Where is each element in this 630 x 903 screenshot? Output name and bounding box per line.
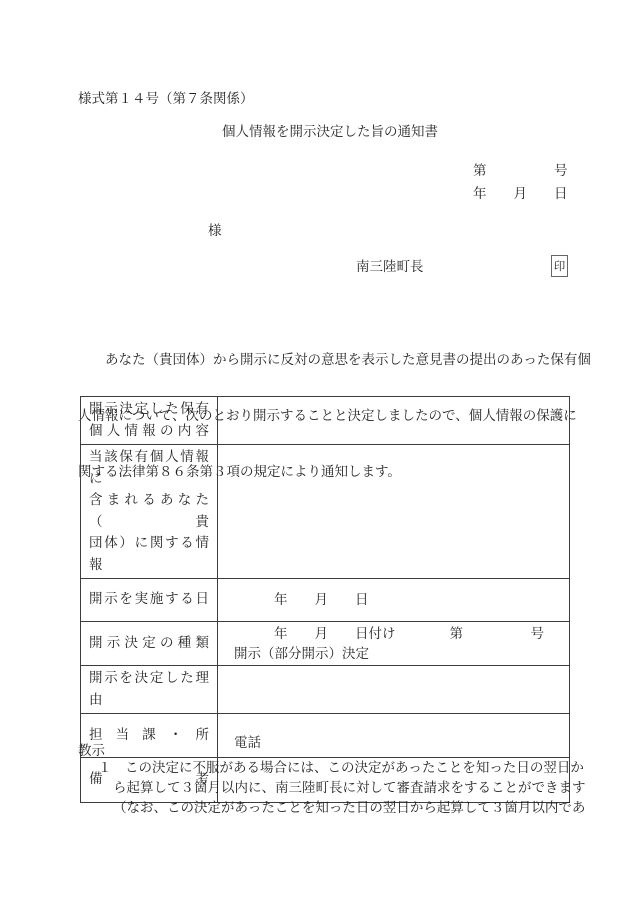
note-item-line: （なお、この決定があったことを知った日の翌日から起算して３箇月以内であ bbox=[113, 796, 585, 816]
note-item-line: ら起算して３箇月以内に、南三陸町長に対して審査請求をすることができます bbox=[113, 776, 586, 796]
row-value-decision-reason bbox=[218, 666, 570, 714]
document-date-line: 年 月 日 bbox=[473, 182, 568, 202]
sender-title: 南三陸町長 bbox=[356, 255, 424, 275]
row-label-implementation-date: 開示を実施する日 bbox=[81, 579, 218, 622]
form-number: 様式第１４号（第７条関係） bbox=[78, 87, 254, 107]
document-title: 個人情報を開示決定した旨の通知書 bbox=[222, 120, 438, 140]
table-row-decision-type: 開示決定の種類 年 月 日付け 第 号 開示（部分開示）決定 bbox=[81, 622, 570, 666]
row-label-decision-reason: 開示を決定した理由 bbox=[81, 666, 218, 714]
table-row-related-info: 当該保有個人情報に 含まれるあなた（貴 団体）に関する情報 bbox=[81, 445, 570, 579]
disclosure-form-table: 開示決定した保有 個人情報の内容 当該保有個人情報に 含まれるあなた（貴 団体）… bbox=[80, 396, 570, 803]
table-row-department: 担当課・所 電話 bbox=[81, 714, 570, 758]
recipient-suffix: 様 bbox=[208, 219, 222, 239]
table-row-disclosed-info: 開示決定した保有 個人情報の内容 bbox=[81, 397, 570, 445]
row-value-related-info bbox=[218, 445, 570, 579]
document-page: 様式第１４号（第７条関係） 個人情報を開示決定した旨の通知書 第 号 年 月 日… bbox=[0, 0, 630, 903]
row-value-disclosed-info bbox=[218, 397, 570, 445]
row-label-related-info: 当該保有個人情報に 含まれるあなた（貴 団体）に関する情報 bbox=[81, 445, 218, 579]
table-row-decision-reason: 開示を決定した理由 bbox=[81, 666, 570, 714]
table-row-implementation-date: 開示を実施する日 年 月 日 bbox=[81, 579, 570, 622]
row-value-department-phone: 電話 bbox=[218, 714, 570, 758]
row-value-implementation-date: 年 月 日 bbox=[218, 579, 570, 622]
body-line: あなた（貴団体）から開示に反対の意思を表示した意見書の提出のあった保有個 bbox=[78, 348, 570, 372]
note-item-line: １ この決定に不服がある場合には、この決定があったことを知った日の翌日か bbox=[98, 756, 584, 776]
row-label-disclosed-info: 開示決定した保有 個人情報の内容 bbox=[81, 397, 218, 445]
row-value-decision-type: 年 月 日付け 第 号 開示（部分開示）決定 bbox=[218, 622, 570, 666]
document-number-line: 第 号 bbox=[473, 159, 568, 179]
seal-stamp-box: 印 bbox=[551, 255, 568, 277]
row-label-decision-type: 開示決定の種類 bbox=[81, 622, 218, 666]
